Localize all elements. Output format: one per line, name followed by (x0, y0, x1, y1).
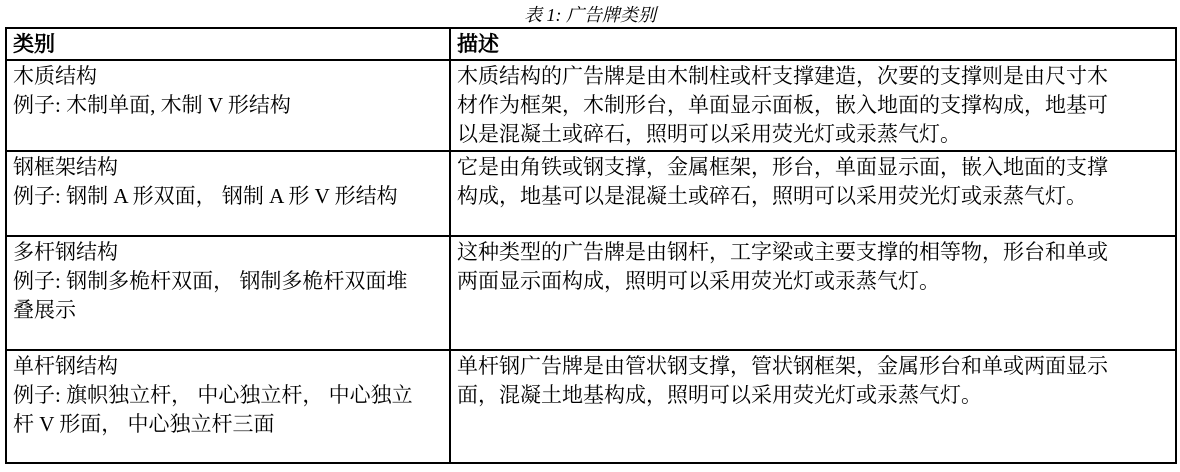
table-header-row: 类别 描述 (6, 28, 1176, 60)
category-title: 单杆钢结构 (13, 352, 443, 381)
category-examples: 例子: 旗帜独立杆， 中心独立杆， 中心独立 杆 V 形面， 中心独立杆三面 (13, 381, 443, 439)
category-cell: 钢框架结构 例子: 钢制 A 形双面， 钢制 A 形 V 形结构 (6, 151, 450, 236)
category-examples: 例子: 木制单面, 木制 V 形结构 (13, 91, 443, 120)
category-title: 木质结构 (13, 62, 443, 91)
description-cell: 它是由角铁或钢支撑，金属框架，形台，单面显示面，嵌入地面的支撑 构成，地基可以是… (450, 151, 1176, 236)
column-header-category: 类别 (6, 28, 450, 60)
billboard-category-table: 类别 描述 木质结构 例子: 木制单面, 木制 V 形结构 木质结构的广告牌是由… (5, 27, 1177, 464)
table-row: 单杆钢结构 例子: 旗帜独立杆， 中心独立杆， 中心独立 杆 V 形面， 中心独… (6, 350, 1176, 463)
column-header-description: 描述 (450, 28, 1176, 60)
description-cell: 木质结构的广告牌是由木制柱或杆支撑建造，次要的支撑则是由尺寸木 材作为框架，木制… (450, 60, 1176, 151)
category-title: 多杆钢结构 (13, 238, 443, 267)
description-cell: 单杆钢广告牌是由管状钢支撑，管状钢框架，金属形台和单或两面显示 面，混凝土地基构… (450, 350, 1176, 463)
category-examples: 例子: 钢制 A 形双面， 钢制 A 形 V 形结构 (13, 182, 443, 211)
category-cell: 单杆钢结构 例子: 旗帜独立杆， 中心独立杆， 中心独立 杆 V 形面， 中心独… (6, 350, 450, 463)
table-row: 木质结构 例子: 木制单面, 木制 V 形结构 木质结构的广告牌是由木制柱或杆支… (6, 60, 1176, 151)
category-cell: 木质结构 例子: 木制单面, 木制 V 形结构 (6, 60, 450, 151)
document-page: 表 1: 广告牌类别 类别 描述 木质结构 例子: 木制单面, 木制 V 形结构… (0, 0, 1180, 472)
category-title: 钢框架结构 (13, 153, 443, 182)
table-caption: 表 1: 广告牌类别 (0, 0, 1180, 27)
table-row: 钢框架结构 例子: 钢制 A 形双面， 钢制 A 形 V 形结构 它是由角铁或钢… (6, 151, 1176, 236)
category-cell: 多杆钢结构 例子: 钢制多桅杆双面， 钢制多桅杆双面堆 叠展示 (6, 236, 450, 350)
table-row: 多杆钢结构 例子: 钢制多桅杆双面， 钢制多桅杆双面堆 叠展示 这种类型的广告牌… (6, 236, 1176, 350)
description-cell: 这种类型的广告牌是由钢杆，工字梁或主要支撑的相等物，形台和单或 两面显示面构成，… (450, 236, 1176, 350)
category-examples: 例子: 钢制多桅杆双面， 钢制多桅杆双面堆 叠展示 (13, 267, 443, 325)
